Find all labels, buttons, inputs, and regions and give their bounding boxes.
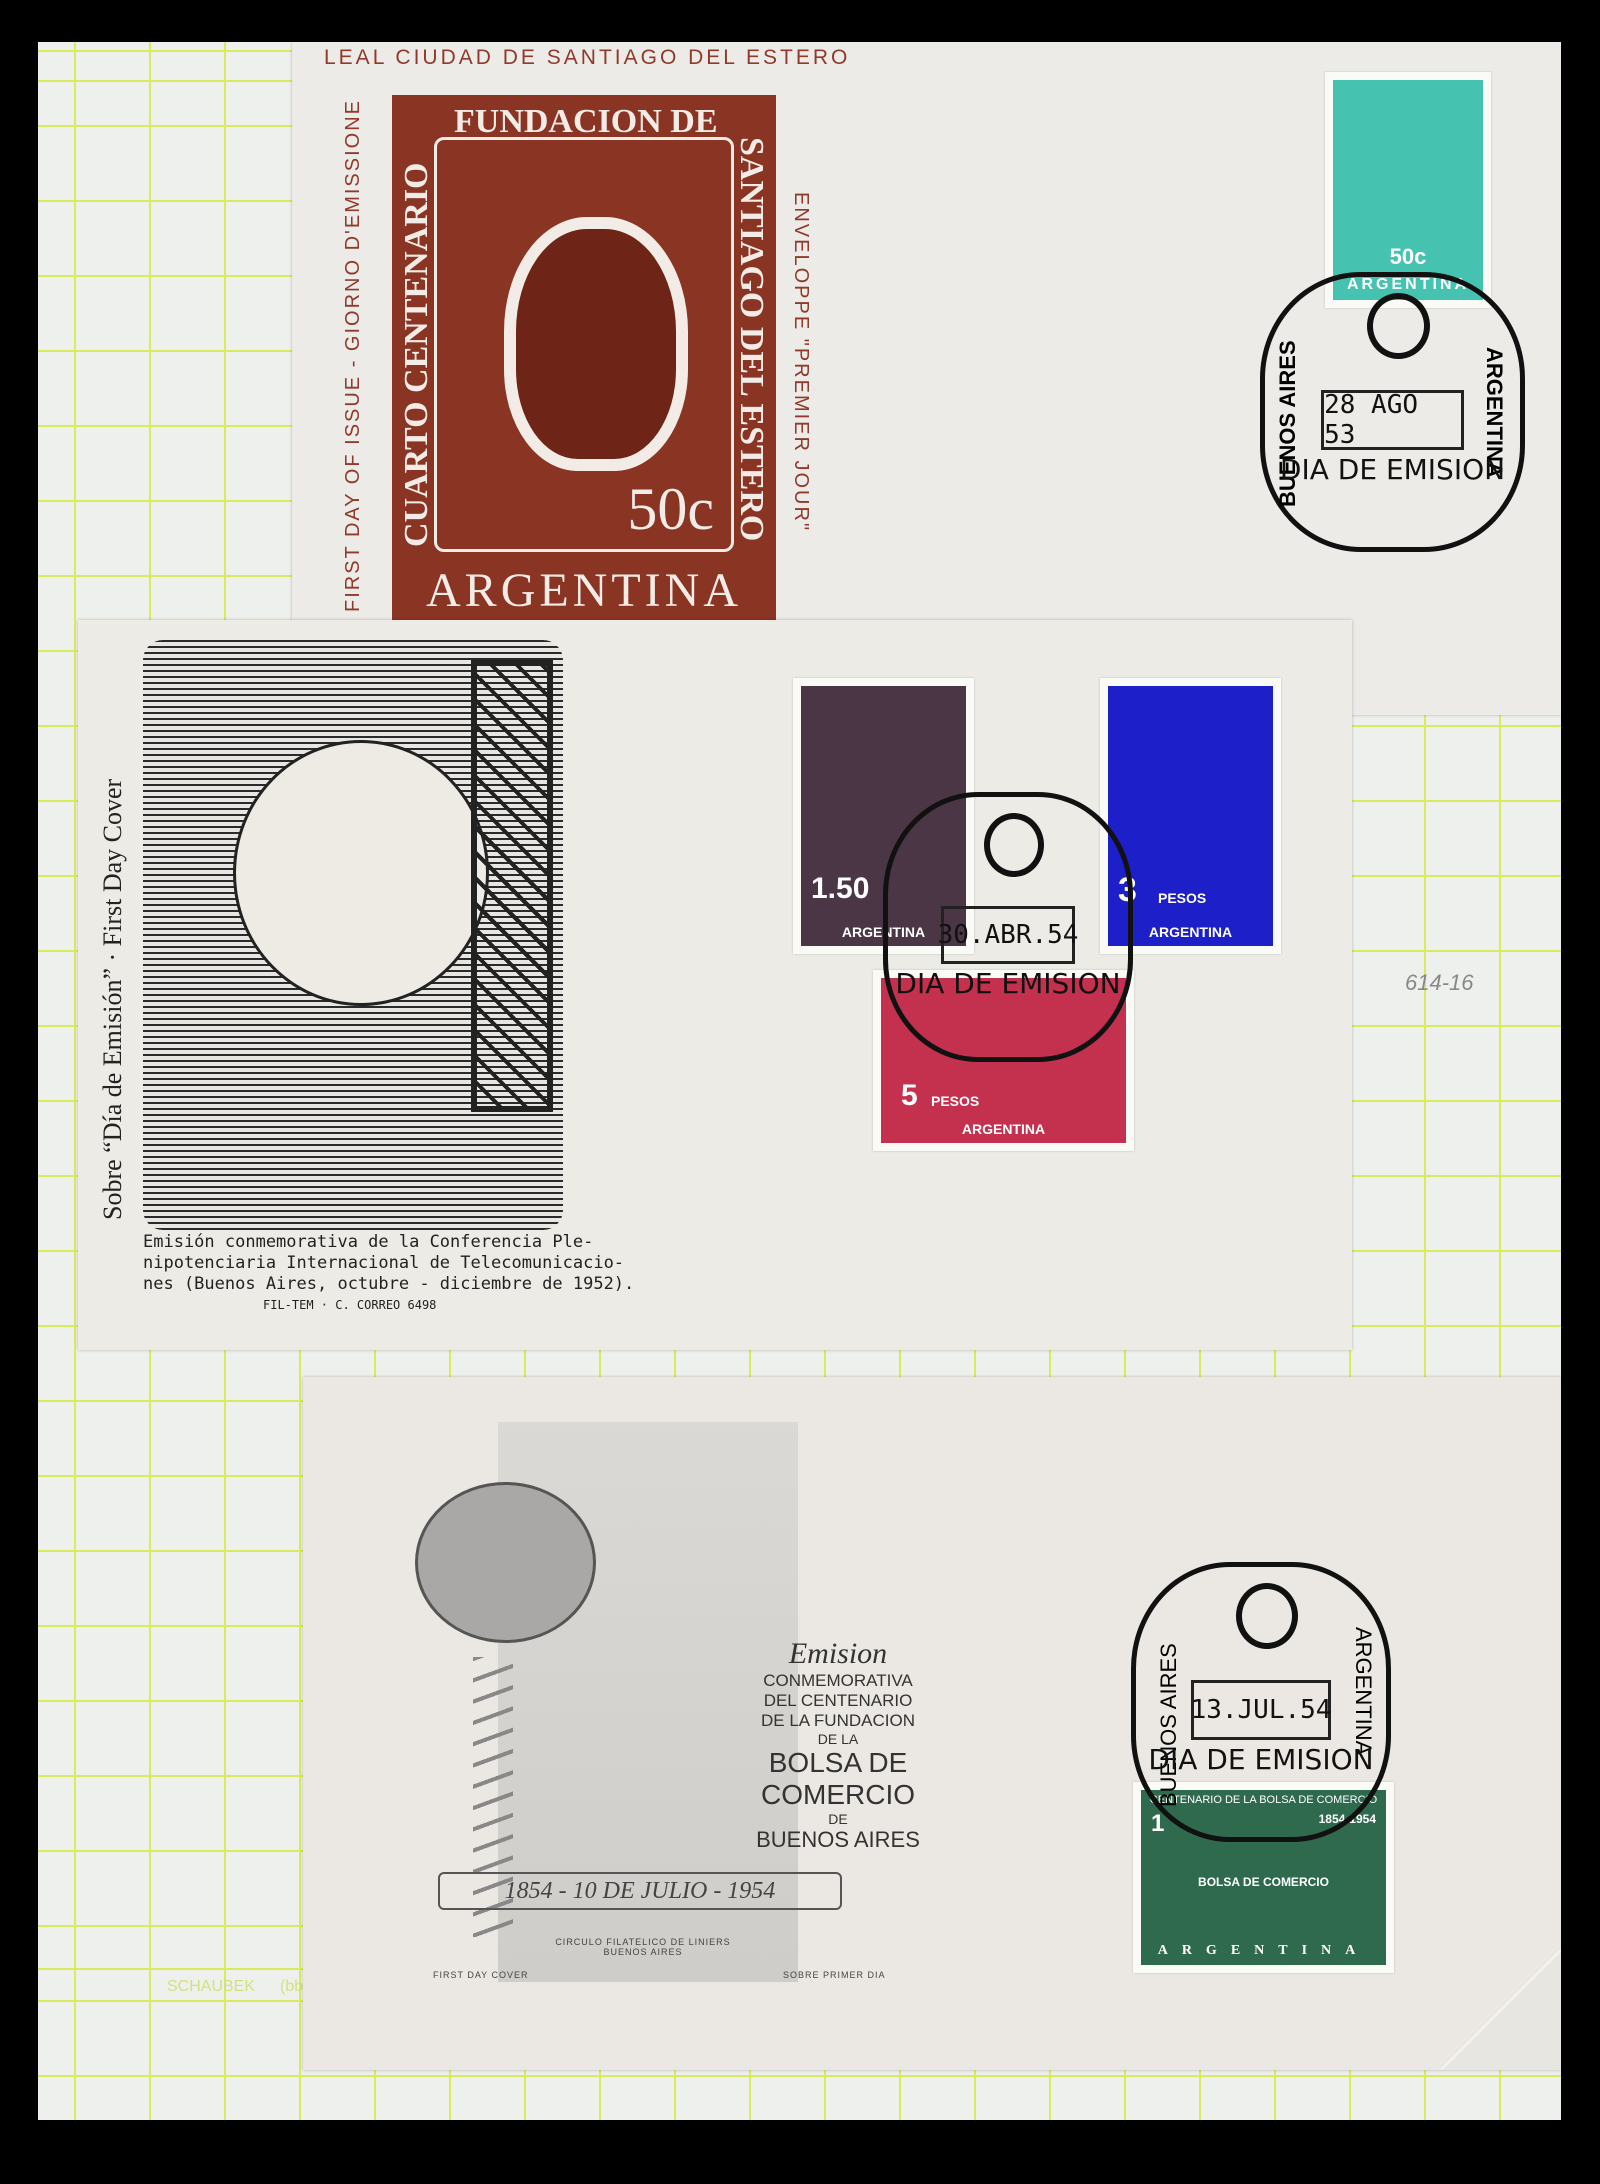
- cover-santiago-del-estero[interactable]: LEAL CIUDAD DE SANTIAGO DEL ESTERO FIRST…: [292, 42, 1561, 715]
- stamp-value: 5: [901, 1079, 918, 1113]
- cancel-right-arc: ARGENTINA: [1350, 1627, 1376, 1755]
- cancel-date: 13.JUL.54: [1191, 1680, 1331, 1740]
- vignette-arc-text: FUNDACION DE: [454, 103, 718, 141]
- handwritten-catalog-note: 614-16: [1405, 970, 1474, 996]
- vignette-value: 50c: [627, 475, 714, 544]
- title-line: DE LA: [713, 1731, 963, 1747]
- album-brand: SCHAUBEK: [167, 1978, 255, 1996]
- cover-telecomunicaciones[interactable]: Sobre “Día de Emisión” · First Day Cover…: [78, 620, 1352, 1350]
- title-line: CONMEMORATIVA: [713, 1671, 963, 1691]
- cover-left-vertical: Sobre “Día de Emisión” · First Day Cover: [98, 779, 128, 1220]
- title-line: COMERCIO: [713, 1779, 963, 1811]
- cachet-vignette: FUNDACION DE CUARTO CENTENARIO SANTIAGO …: [392, 95, 776, 624]
- cancel-date: 30.ABR.54: [941, 906, 1075, 964]
- cover-caption: Emisión conmemorativa de la Conferencia …: [143, 1232, 634, 1316]
- stamp-building-text: BOLSA DE COMERCIO: [1141, 1875, 1386, 1889]
- protective-sleeve-corner: [1441, 1950, 1561, 2070]
- vignette-right-text: SANTIAGO DEL ESTERO: [732, 137, 770, 541]
- postmark-cancel: BUENOS AIRES ARGENTINA 28 AGO 53 DIA DE …: [1260, 272, 1525, 552]
- cover-left-vertical: FIRST DAY OF ISSUE - GIORNO D'EMISSIONE: [342, 99, 365, 612]
- publisher-line: CIRCULO FILATELICO DE LINIERS: [543, 1937, 743, 1947]
- stamp-country: ARGENTINA: [881, 1121, 1126, 1137]
- hermes-medallion: [415, 1482, 596, 1643]
- sobre-primer-dia-label: SOBRE PRIMER DIA: [783, 1970, 886, 1980]
- cancel-date: 28 AGO 53: [1321, 390, 1464, 450]
- cachet-title: Emision CONMEMORATIVA DEL CENTENARIO DE …: [713, 1637, 963, 1853]
- cover-right-vertical: ENVELOPPE "PREMIER JOUR": [789, 192, 812, 532]
- publisher-line: BUENOS AIRES: [543, 1947, 743, 1957]
- cover-top-text: LEAL CIUDAD DE SANTIAGO DEL ESTERO: [324, 46, 850, 70]
- stamp-unit: PESOS: [1158, 890, 1206, 906]
- title-line: Emision: [713, 1637, 963, 1671]
- postmark-cancel: BUENOS AIRES ARGENTINA 13.JUL.54 DIA DE …: [1131, 1562, 1391, 1842]
- stamp-unit: PESOS: [931, 1093, 979, 1109]
- radio-tower-illustration: [471, 660, 553, 1112]
- globe-illustration: [233, 740, 489, 1006]
- vignette-country: ARGENTINA: [394, 563, 774, 618]
- cancel-left-arc: BUENOS AIRES: [1156, 1643, 1182, 1807]
- title-line: BOLSA DE: [713, 1747, 963, 1779]
- cancel-dia-de-emision: DIA DE EMISION: [1136, 1745, 1386, 1776]
- cancel-dia-de-emision: DIA DE EMISION: [1265, 455, 1520, 486]
- date-ribbon: 1854 - 10 DE JULIO - 1954: [438, 1872, 842, 1910]
- caption-line: nes (Buenos Aires, octubre - diciembre d…: [143, 1274, 634, 1295]
- title-line: BUENOS AIRES: [713, 1827, 963, 1853]
- pottery-vessel-illustration: [504, 217, 688, 471]
- postmark-cancel: 30.ABR.54 DIA DE EMISION: [883, 792, 1133, 1062]
- cancel-dia-de-emision: DIA DE EMISION: [888, 969, 1128, 1000]
- first-day-cover-label: FIRST DAY COVER: [433, 1970, 529, 1980]
- caption-line: nipotenciaria Internacional de Telecomun…: [143, 1253, 634, 1274]
- stamp-value: 1.50: [811, 872, 869, 906]
- stamp-country: ARGENTINA: [1141, 1943, 1386, 1959]
- title-line: DEL CENTENARIO: [713, 1691, 963, 1711]
- cover-bolsa-de-comercio[interactable]: Emision CONMEMORATIVA DEL CENTENARIO DE …: [303, 1377, 1561, 2070]
- cachet-telecom-illustration: [143, 640, 563, 1230]
- caption-line: Emisión conmemorativa de la Conferencia …: [143, 1232, 634, 1253]
- post-horn-icon: [1236, 1583, 1298, 1649]
- publisher: CIRCULO FILATELICO DE LINIERS BUENOS AIR…: [543, 1937, 743, 1957]
- album-footer-code: (bb: [280, 1978, 303, 1996]
- title-line: DE: [713, 1811, 963, 1827]
- post-horn-icon: [984, 813, 1044, 877]
- printer-imprint: FIL-TEM · C. CORREO 6498: [143, 1295, 634, 1316]
- album-border-line: [38, 1968, 338, 1970]
- title-line: DE LA FUNDACION: [713, 1711, 963, 1731]
- post-horn-icon: [1367, 293, 1430, 359]
- stamp-value: 50c: [1333, 244, 1483, 270]
- vignette-left-text: CUARTO CENTENARIO: [398, 162, 436, 547]
